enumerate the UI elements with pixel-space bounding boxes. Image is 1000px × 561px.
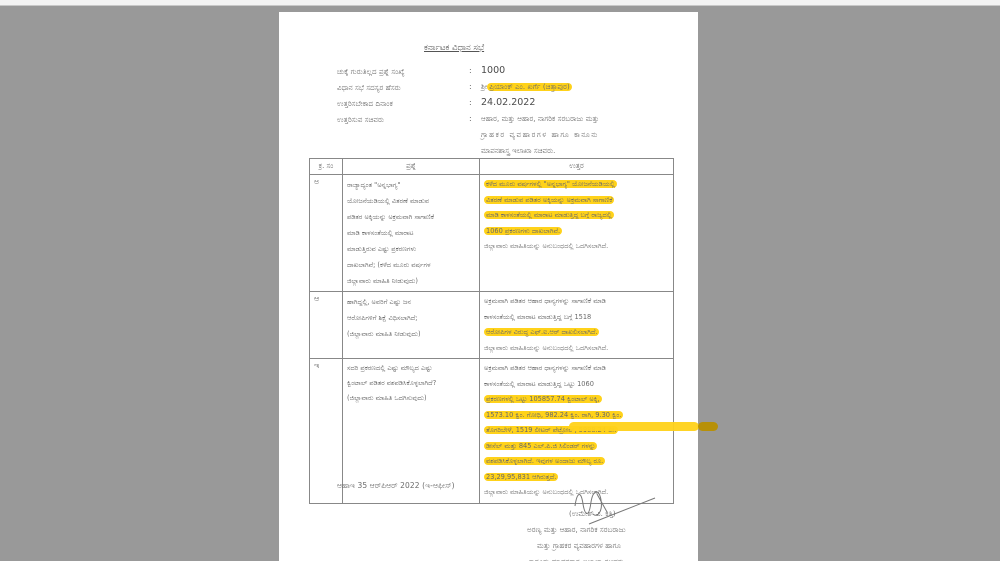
question-line: ಸದರಿ ಪ್ರಕರಣದಲ್ಲಿ ಎಷ್ಟು ಮೌಲ್ಯದ ಎಷ್ಟು: [347, 361, 475, 376]
row-question: ರಾಜ್ಯಾದ್ಯಂತ "ಅನ್ನಭಾಗ್ಯ" ಯೋಜನೆಯಡಿಯಲ್ಲಿ ವಿ…: [343, 175, 480, 292]
member-name-highlighted: ಪ್ರಿಯಾಂಕ್ ಎಂ. ಖರ್ಗೆ (ಚಿತ್ತಾಪುರ): [487, 83, 572, 91]
answer-line: ಅಕ್ರಮವಾಗಿ ಪಡಿತರ ಆಹಾರ ಧಾನ್ಯಗಳನ್ನು ಸಾಗಾಣಿಕ…: [484, 294, 669, 310]
highlighter-stroke-overflow: [698, 422, 718, 431]
meta-colon: :: [469, 114, 472, 123]
question-line: ದಾಖಲಾಗಿವೆ; (ಕಳೆದ ಮೂರು ವರ್ಷಗಳ: [347, 257, 475, 273]
header-serial: ಕ್ರ. ಸಂ: [310, 159, 343, 175]
meta-colon: :: [469, 82, 472, 91]
meta-colon: :: [469, 66, 472, 75]
question-line: ಆರೋಪಿಗಳಿಗೆ ಶಿಕ್ಷೆ ವಿಧಿಸಲಾಗಿದೆ;: [347, 310, 475, 326]
answer-line-highlighted: 1573.10 ಕ್ವಿಂ. ಗೋಧಿ, 982.24 ಕ್ವಿಂ. ರಾಗಿ,…: [484, 411, 623, 419]
table-header-row: ಕ್ರ. ಸಂ ಪ್ರಶ್ನೆ ಉತ್ತರ: [310, 159, 674, 175]
answer-line-highlighted: 23,29,95,831 ಆಗಿರುತ್ತದೆ.: [484, 473, 558, 481]
question-answer-table: ಕ್ರ. ಸಂ ಪ್ರಶ್ನೆ ಉತ್ತರ ಅ ರಾಜ್ಯಾದ್ಯಂತ "ಅನ್…: [309, 158, 674, 504]
row-answer: ಅಕ್ರಮವಾಗಿ ಪಡಿತರ ಆಹಾರ ಧಾನ್ಯಗಳನ್ನು ಸಾಗಾಣಿಕ…: [480, 292, 674, 359]
question-line: ಜಿಲ್ಲಾವಾರು ಮಾಹಿತಿ ನೀಡುವುದು): [347, 273, 475, 289]
answer-line: ಕಾಳಸಂತೆಯಲ್ಲಿ ಮಾರಾಟ ಮಾಡುತ್ತಿದ್ದ ಒಟ್ಟು 106…: [484, 377, 669, 393]
answer-line-highlighted: ವಿತರಣೆ ಮಾಡುವ ಪಡಿತರ ಅಕ್ಕಿಯನ್ನು ಅಕ್ರಮವಾಗಿ …: [484, 196, 614, 204]
row-answer: ಕಳೆದ ಮೂರು ವರ್ಷಗಳಲ್ಲಿ "ಅನ್ನಭಾಗ್ಯ" ಯೋಜನೆಯಡ…: [480, 175, 674, 292]
meta-label-answer-date: ಉತ್ತರಿಸಬೇಕಾದ ದಿನಾಂಕ: [337, 100, 393, 109]
answer-line-highlighted: ವಶಪಡಿಸಿಕೊಳ್ಳಲಾಗಿದೆ. ಇವುಗಳ ಅಂದಾಜು ಮೌಲ್ಯ ರ…: [484, 457, 605, 465]
signatory-title-line-2: ಮತ್ತು ಗ್ರಾಹಕರ ವ್ಯವಹಾರಗಳ ಹಾಗೂ: [537, 542, 621, 551]
row-serial: ಆ: [310, 292, 343, 359]
meta-value-member-name: ಶ್ರೀಪ್ರಿಯಾಂಕ್ ಎಂ. ಖರ್ಗೆ (ಚಿತ್ತಾಪುರ): [481, 83, 572, 92]
document-viewer[interactable]: ಕರ್ನಾಟಕ ವಿಧಾನ ಸಭೆ ಚುಕ್ಕೆ ಗುರುತಿಲ್ಲದ ಪ್ರಶ…: [0, 6, 1000, 561]
header-question: ಪ್ರಶ್ನೆ: [343, 159, 480, 175]
question-line: ಕ್ವಿಂಟಾಲ್ ಪಡಿತರ ವಶಪಡಿಸಿಕೊಳ್ಳಲಾಗಿದೆ?: [347, 376, 475, 391]
answer-line: ಅಕ್ರಮವಾಗಿ ಪಡಿತರ ಆಹಾರ ಧಾನ್ಯಗಳನ್ನು ಸಾಗಾಣಿಕ…: [484, 361, 669, 377]
meta-label-member-name: ವಿಧಾನ ಸಭೆ ಸದಸ್ಯರ ಹೆಸರು: [337, 84, 401, 93]
answer-line-highlighted: ಡೀಸೆಲ್ ಮತ್ತು 845 ಎಲ್.ಪಿ.ಜಿ ಸಿಲಿಂಡರ್ ಗಳನ್…: [484, 442, 597, 450]
table-row: ಅ ರಾಜ್ಯಾದ್ಯಂತ "ಅನ್ನಭಾಗ್ಯ" ಯೋಜನೆಯಡಿಯಲ್ಲಿ …: [310, 175, 674, 292]
meta-value-minister-line-3: ಮಾಪನಶಾಸ್ತ್ರ ಇಲಾಖಾ ಸಚಿವರು.: [481, 147, 555, 156]
meta-label-minister: ಉತ್ತರಿಸುವ ಸಚಿವರು: [337, 116, 384, 125]
document-page: ಕರ್ನಾಟಕ ವಿಧಾನ ಸಭೆ ಚುಕ್ಕೆ ಗುರುತಿಲ್ಲದ ಪ್ರಶ…: [279, 12, 698, 561]
meta-value-question-number: 1000: [481, 65, 505, 76]
question-line: ಯೋಜನೆಯಡಿಯಲ್ಲಿ ವಿತರಣೆ ಮಾಡುವ: [347, 193, 475, 209]
meta-colon: :: [469, 98, 472, 107]
question-line: ರಾಜ್ಯಾದ್ಯಂತ "ಅನ್ನಭಾಗ್ಯ": [347, 177, 475, 193]
row-question: ಹಾಗಿದ್ದಲ್ಲಿ, ಅವರಿಗೆ ಎಷ್ಟು ಜನ ಆರೋಪಿಗಳಿಗೆ …: [343, 292, 480, 359]
answer-line: ಕಾಳಸಂತೆಯಲ್ಲಿ ಮಾರಾಟ ಮಾಡುತ್ತಿದ್ದ ಬಗ್ಗೆ 151…: [484, 310, 669, 326]
answer-line-highlighted: ಆರೋಪಿಗಳ ವಿರುದ್ಧ ಎಫ್.ಐ.ಆರ್ ದಾಖಲಿಸಲಾಗಿದೆ.: [484, 328, 599, 336]
answer-line-highlighted: ಪ್ರಕರಣಗಳಲ್ಲಿ ಒಟ್ಟು 105857.74 ಕ್ವಿಂಟಾಲ್ ಅ…: [484, 395, 602, 403]
signatory-title-line-1: ಅರಣ್ಯ ಮತ್ತು ಆಹಾರ, ನಾಗರಿಕ ಸರಬರಾಜು: [527, 526, 626, 535]
row-serial: ಅ: [310, 175, 343, 292]
highlighter-stroke: [569, 422, 699, 431]
question-line: (ಜಿಲ್ಲಾವಾರು ಮಾಹಿತಿ ಒದಗಿಸುವುದು): [347, 391, 475, 406]
answer-line-highlighted: 1060 ಪ್ರಕರಣಗಳು ದಾಖಲಾಗಿವೆ.: [484, 227, 562, 235]
question-line: ಮಾಡುತ್ತಿರುವ ಎಷ್ಟು ಪ್ರಕರಣಗಳು: [347, 241, 475, 257]
meta-value-answer-date: 24.02.2022: [481, 97, 535, 108]
table-row: ಆ ಹಾಗಿದ್ದಲ್ಲಿ, ಅವರಿಗೆ ಎಷ್ಟು ಜನ ಆರೋಪಿಗಳಿಗ…: [310, 292, 674, 359]
question-line: ಹಾಗಿದ್ದಲ್ಲಿ, ಅವರಿಗೆ ಎಷ್ಟು ಜನ: [347, 294, 475, 310]
header-answer: ಉತ್ತರ: [480, 159, 674, 175]
meta-value-minister-line-2: ಗ್ರಾಹಕರ ವ್ಯವಹಾರಗಳ ಹಾಗೂ ಕಾನೂನು: [481, 131, 599, 140]
answer-annexure-note: ಜಿಲ್ಲಾವಾರು ಮಾಹಿತಿಯನ್ನು ಅನುಬಂಧದಲ್ಲಿ ಒದಗಿಸ…: [484, 239, 669, 255]
question-line: ಮಾಡಿ ಕಾಳಸಂತೆಯಲ್ಲಿ ಮಾರಾಟ: [347, 225, 475, 241]
answer-annexure-note: ಜಿಲ್ಲಾವಾರು ಮಾಹಿತಿಯನ್ನು ಅನುಬಂಧದಲ್ಲಿ ಒದಗಿಸ…: [484, 341, 669, 357]
document-heading: ಕರ್ನಾಟಕ ವಿಧಾನ ಸಭೆ: [424, 43, 484, 53]
answer-line-highlighted: ಕಳೆದ ಮೂರು ವರ್ಷಗಳಲ್ಲಿ "ಅನ್ನಭಾಗ್ಯ" ಯೋಜನೆಯಡ…: [484, 180, 617, 188]
question-line: (ಜಿಲ್ಲಾವಾರು ಮಾಹಿತಿ ನೀಡುವುದು): [347, 326, 475, 342]
signature-scribble: [567, 484, 657, 528]
meta-label-question-number: ಚುಕ್ಕೆ ಗುರುತಿಲ್ಲದ ಪ್ರಶ್ನೆ ಸಂಖ್ಯೆ: [337, 68, 405, 77]
signatory-name: (ಉಮೇಶ್ ವಿ. ಕತ್ತಿ): [569, 510, 616, 519]
file-reference: ಆಹಾಇ 35 ಆರ್‌ಪಿಆರ್ 2022 (ಇ-ಆಫೀಸ್): [337, 481, 455, 491]
meta-value-minister-line-1: ಆಹಾರ, ಮತ್ತು ಆಹಾರ, ನಾಗರಿಕ ಸರಬರಾಜು ಮತ್ತು: [481, 115, 599, 124]
answer-line-highlighted: ಮಾಡಿ ಕಾಳಸಂತೆಯಲ್ಲಿ ಮಾರಾಟ ಮಾಡುತ್ತಿದ್ದ ಬಗ್ಗ…: [484, 211, 614, 219]
question-line: ಪಡಿತರ ಅಕ್ಕಿಯನ್ನು ಅಕ್ರಮವಾಗಿ ಸಾಗಾಣಿಕೆ: [347, 209, 475, 225]
